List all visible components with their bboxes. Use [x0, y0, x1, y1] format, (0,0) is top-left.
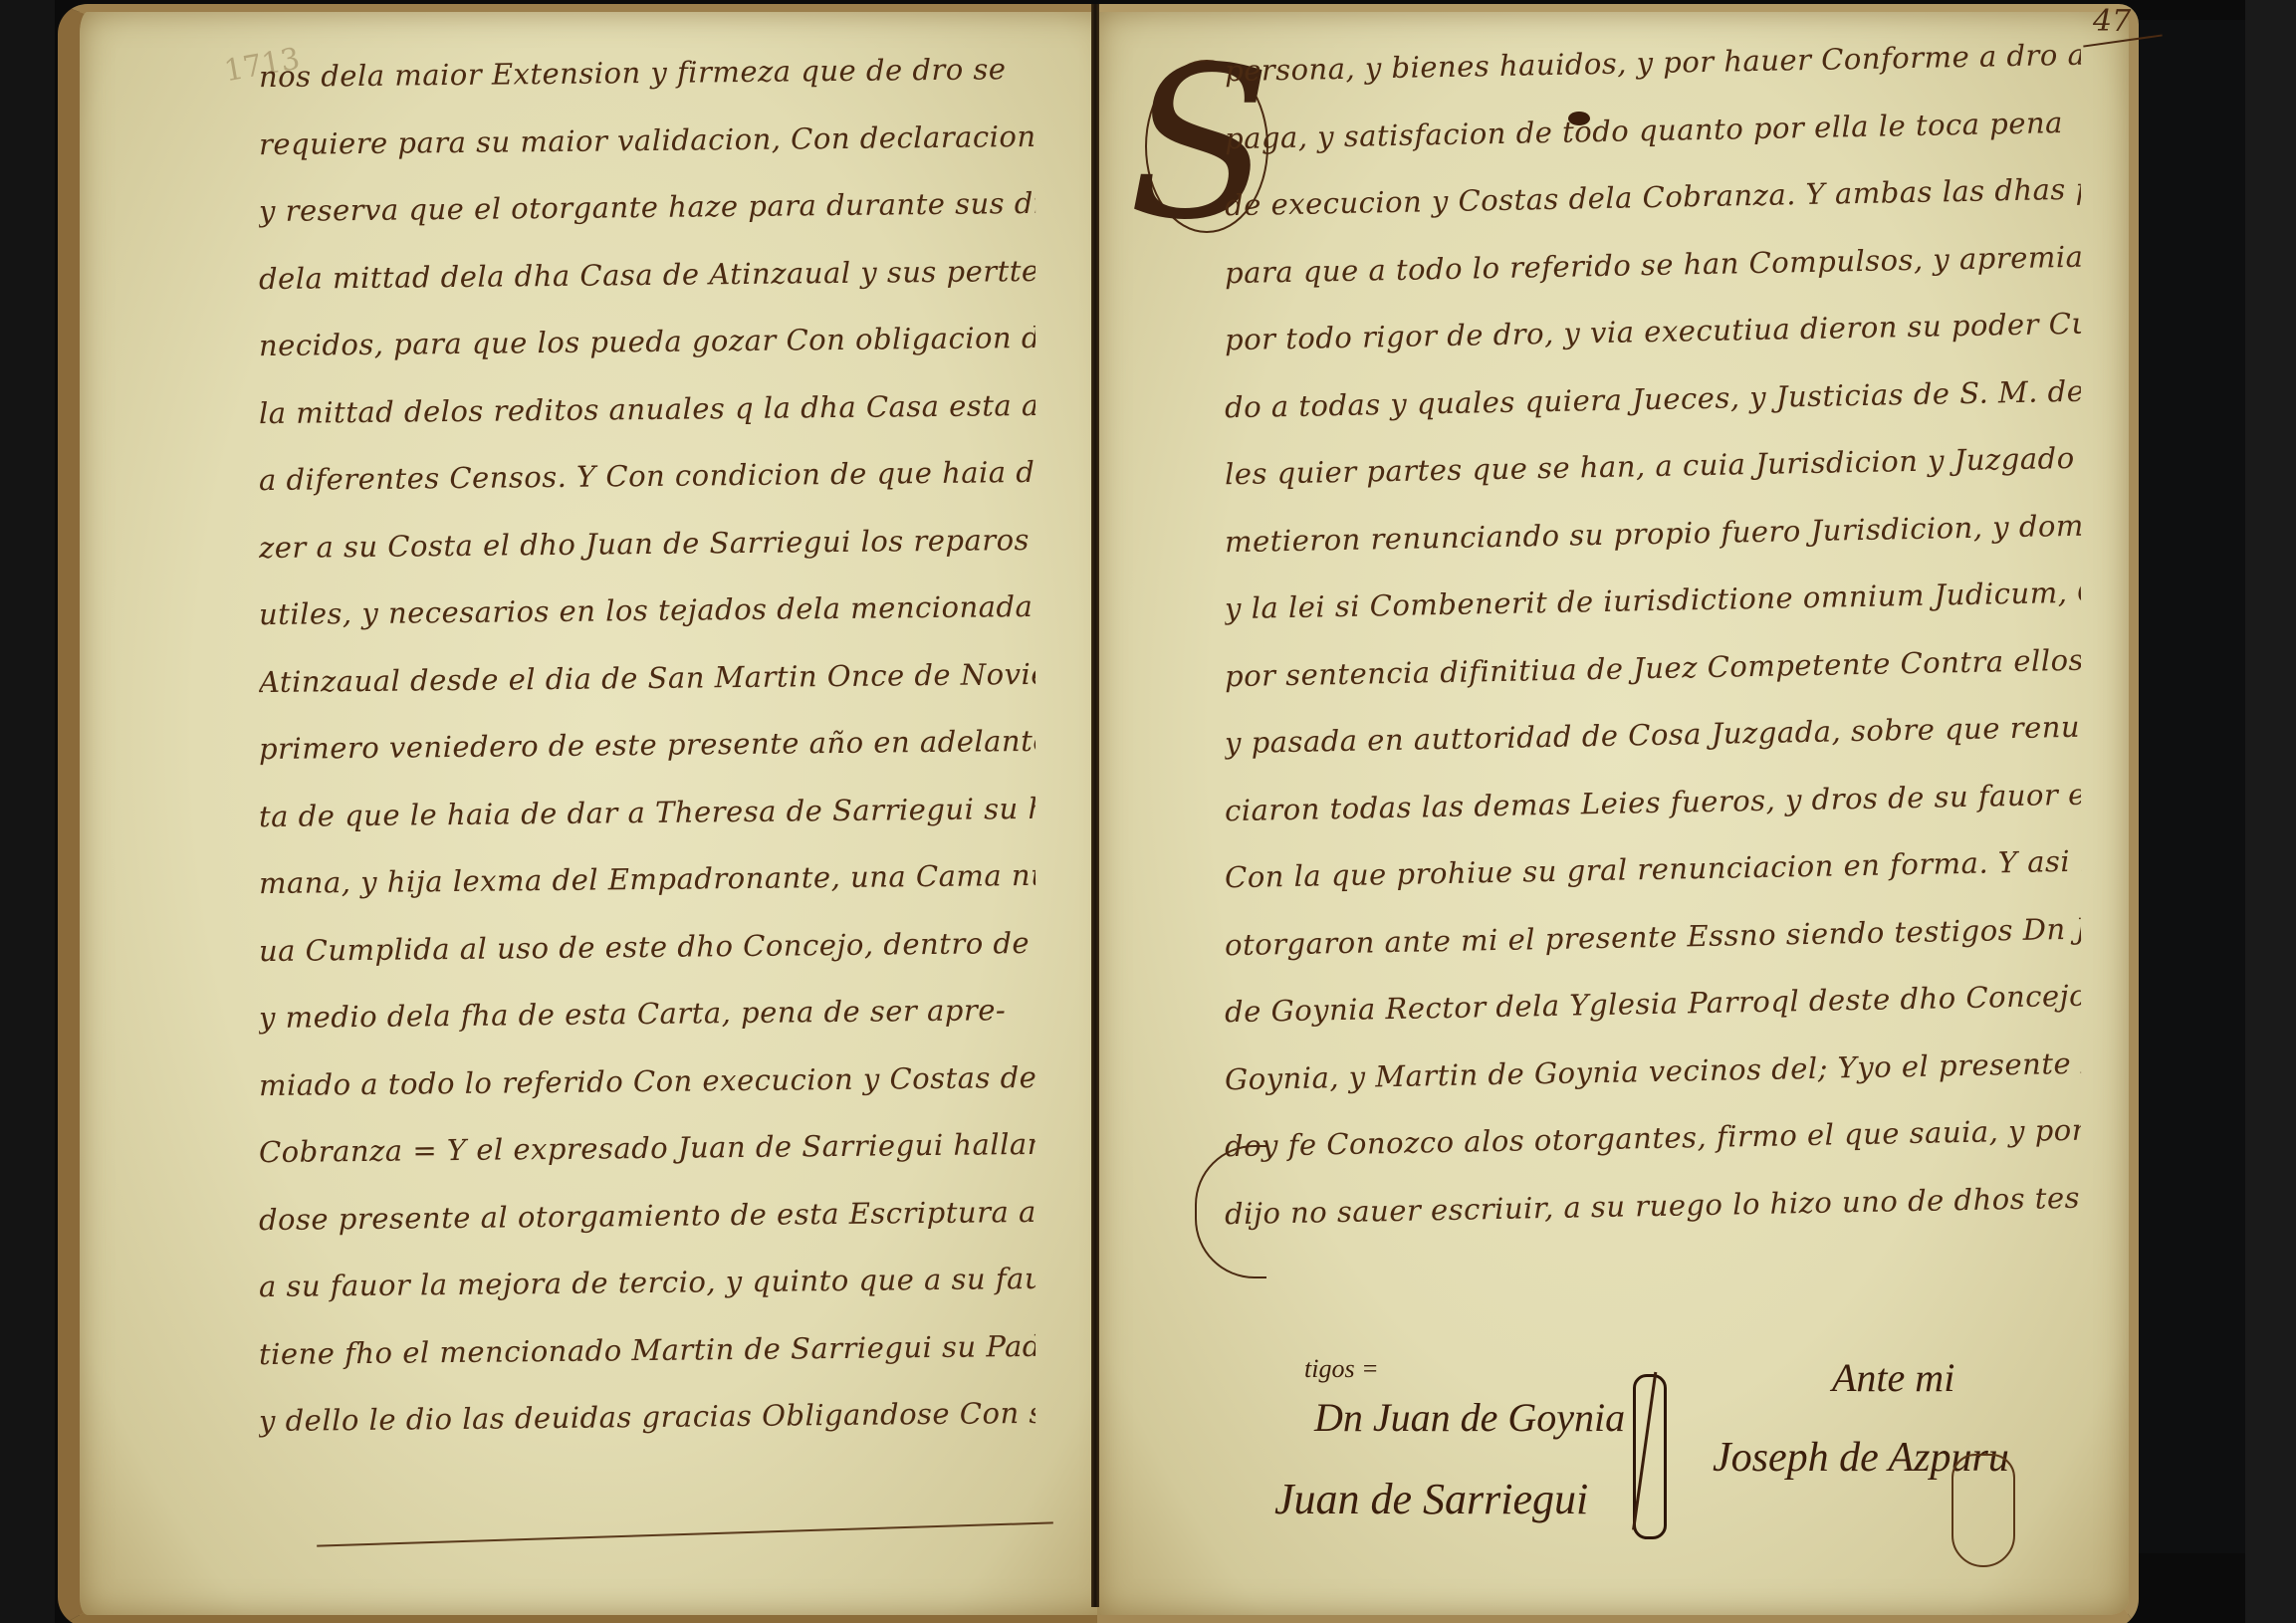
manuscript-line: utiles, y necesarios en los tejados dela… — [259, 574, 1036, 649]
folio-number: 47 — [2093, 4, 2131, 39]
manuscript-line: Atinzaual desde el dia de San Martin Onc… — [259, 640, 1036, 716]
notary-rubric-loop — [1952, 1454, 2015, 1567]
manuscript-line: primero veniedero de este presente año e… — [259, 708, 1036, 784]
manuscript-line: Cobranza = Y el expresado Juan de Sarrie… — [259, 1111, 1036, 1187]
manuscript-line: miado a todo lo referido Con execucion y… — [259, 1043, 1036, 1119]
right-gray-border — [2245, 0, 2296, 1623]
left-page-text: nos dela maior Extension y firmeza que d… — [259, 40, 1035, 1452]
manuscript-line: y reserva que el otorgante haze para dur… — [259, 170, 1036, 246]
left-black-border — [0, 0, 55, 1623]
manuscript-line: a su fauor la mejora de tercio, y quinto… — [259, 1246, 1036, 1321]
manuscript-line: la mittad delos reditos anuales q la dha… — [259, 371, 1036, 447]
witness-label: tigos = — [1304, 1354, 1379, 1384]
manuscript-line: dela mittad dela dha Casa de Atinzaual y… — [259, 237, 1036, 313]
manuscript-line: dose presente al otorgamiento de esta Es… — [259, 1178, 1036, 1254]
manuscript-line: ta de que le haia de dar a Theresa de Sa… — [259, 775, 1036, 850]
signature-witness: Dn Juan de Goynia — [1314, 1394, 1625, 1441]
right-dark-backdrop — [2121, 20, 2245, 1553]
manuscript-line: ua Cumplida al uso de este dho Concejo, … — [259, 909, 1036, 985]
notary-header: Ante mi — [1832, 1354, 1954, 1401]
manuscript-line: mana, y hija lexma del Empadronante, una… — [259, 842, 1036, 918]
right-page-text: persona, y bienes hauidos, y por hauer C… — [1225, 30, 2081, 1240]
manuscript-line: tiene fho el mencionado Martin de Sarrie… — [259, 1312, 1036, 1388]
manuscript-line: requiere para su maior validacion, Con d… — [259, 103, 1036, 178]
manuscript-line: nos dela maior Extension y firmeza que d… — [259, 36, 1036, 112]
book-gutter — [1091, 4, 1099, 1607]
manuscript-line: a diferentes Censos. Y Con condicion de … — [259, 439, 1036, 515]
manuscript-line: y dello le dio las deuidas gracias Oblig… — [259, 1380, 1036, 1456]
manuscript-line: y medio dela fha de esta Carta, pena de … — [259, 977, 1036, 1052]
signature-grantor: Juan de Sarriegui — [1274, 1474, 1588, 1524]
manuscript-line: necidos, para que los pueda gozar Con ob… — [259, 305, 1036, 380]
manuscript-line: zer a su Costa el dho Juan de Sarriegui … — [259, 506, 1036, 581]
